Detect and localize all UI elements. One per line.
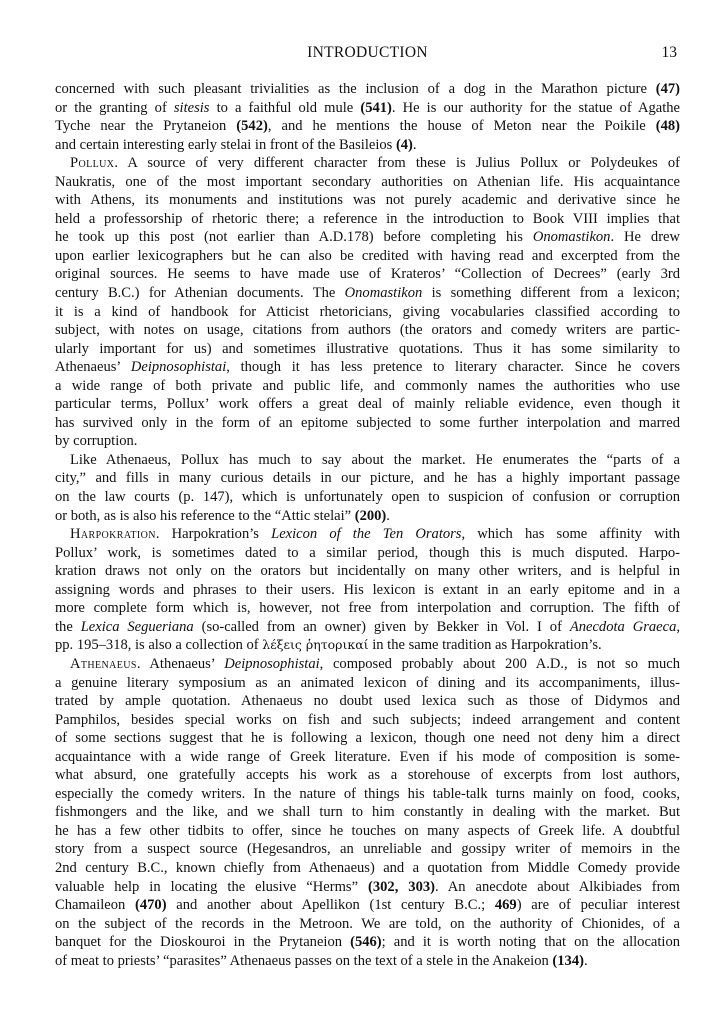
text-line: it is a kind of handbook for Atticist rh… <box>55 303 680 322</box>
catalogue-reference: (134) <box>552 953 584 969</box>
text-line: or the granting of sitesis to a faithful… <box>55 99 680 118</box>
text-line: held a professorship of rhetoric there; … <box>55 210 680 229</box>
catalogue-reference: (546) <box>350 934 382 950</box>
text-line: what absurd, one gratefully accepts his … <box>55 766 680 785</box>
italic-title: Anecdota Graeca <box>570 619 677 635</box>
text-line: 2nd century B.C., known chiefly from Ath… <box>55 859 680 878</box>
section-heading: Pollux <box>70 155 114 171</box>
running-head-title: INTRODUCTION <box>55 44 680 62</box>
text-line: city,” and fills in many curious details… <box>55 469 680 488</box>
text-line: assigning words and phrases to their use… <box>55 581 680 600</box>
italic-title: Onomastikon <box>345 285 423 301</box>
text-line: concerned with such pleasant trivialitie… <box>55 80 680 99</box>
text-line: trated by ample quotation. Athenaeus no … <box>55 692 680 711</box>
text-line: Pollux’ work, is sometimes dated to a si… <box>55 544 680 563</box>
text-line: ularly important for us) and sometimes i… <box>55 340 680 359</box>
text-line: a wide range of both private and public … <box>55 377 680 396</box>
catalogue-reference: (48) <box>656 118 680 134</box>
text-line: on the law courts (p. 147), which is unf… <box>55 488 680 507</box>
paragraph-harpokration: Harpokration. Harpokration’s Lexicon of … <box>55 525 680 655</box>
catalogue-reference: (541) <box>360 100 392 116</box>
text-line: Pamphilos, besides special works on fish… <box>55 711 680 730</box>
catalogue-reference: (542) <box>236 118 268 134</box>
text-line: has survived only in the form of an epit… <box>55 414 680 433</box>
text-line: of some sections suggest that he is foll… <box>55 729 680 748</box>
text-line: century B.C.) for Athenian documents. Th… <box>55 284 680 303</box>
text-line: Athenaeus’ Deipnosophistai, though it ha… <box>55 358 680 377</box>
text-line: a genuine literary symposium as an anima… <box>55 674 680 693</box>
page-number: 13 <box>662 44 678 62</box>
text-line: on the subject of the records in the Met… <box>55 915 680 934</box>
text-line: Athenaeus. Athenaeus’ Deipnosophistai, c… <box>55 655 680 674</box>
text-line: subject, with notes on usage, citations … <box>55 321 680 340</box>
text-line: Pollux. A source of very different chara… <box>55 154 680 173</box>
catalogue-reference: (470) <box>135 897 167 913</box>
catalogue-reference: (4) <box>396 137 413 153</box>
text-line: Tyche near the Prytaneion (542), and he … <box>55 117 680 136</box>
greek-phrase: λέξεις ῥητορικαί <box>262 637 368 652</box>
text-line: he has a few other tidbits to offer, sin… <box>55 822 680 841</box>
text-line: Harpokration. Harpokration’s Lexicon of … <box>55 525 680 544</box>
text-line: by corruption. <box>55 432 680 451</box>
text-line: he took up this post (not earlier than A… <box>55 228 680 247</box>
paragraph-pollux-market: Like Athenaeus, Pollux has much to say a… <box>55 451 680 525</box>
section-heading: Harpokration <box>70 526 156 542</box>
text-line: kration draws not only on the orators bu… <box>55 562 680 581</box>
catalogue-reference: (47) <box>656 81 680 97</box>
body-text: concerned with such pleasant trivialitie… <box>55 80 680 970</box>
italic-title: Deipnosophistai <box>224 656 319 672</box>
text-line: or both, as is also his reference to the… <box>55 507 680 526</box>
text-line: Like Athenaeus, Pollux has much to say a… <box>55 451 680 470</box>
catalogue-reference: (200) <box>355 508 387 524</box>
text-line: original sources. He seems to have made … <box>55 265 680 284</box>
text-line: particular terms, Pollux’ work offers a … <box>55 395 680 414</box>
text-line: more complete form which is, however, no… <box>55 599 680 618</box>
text-line: with Athens, its monuments and instituti… <box>55 191 680 210</box>
text-line: especially the comedy writers. In the na… <box>55 785 680 804</box>
italic-title: Onomastikon <box>533 229 611 245</box>
paragraph-continuation: concerned with such pleasant trivialitie… <box>55 80 680 154</box>
italic-title: Lexicon of the Ten Orators <box>271 526 461 542</box>
text-line: and certain interesting early stelai in … <box>55 136 680 155</box>
paragraph-pollux: Pollux. A source of very different chara… <box>55 154 680 451</box>
catalogue-reference: 469 <box>495 897 517 913</box>
section-heading: Athenaeus <box>70 656 137 672</box>
text-line: valuable help in locating the elusive “H… <box>55 878 680 897</box>
text-line: banquet for the Dioskouroi in the Prytan… <box>55 933 680 952</box>
text-line: acquaintance with a wide range of Greek … <box>55 748 680 767</box>
text-line: upon earlier lexicographers but he can a… <box>55 247 680 266</box>
text-line: fishmongers and the like, and we shall t… <box>55 803 680 822</box>
text-line: the Lexica Segueriana (so-called from an… <box>55 618 680 637</box>
italic-title: sitesis <box>174 100 210 116</box>
italic-title: Deipnosophistai <box>131 359 226 375</box>
text-line: Chamaileon (470) and another about Apell… <box>55 896 680 915</box>
text-line: of meat to priests’ “parasites” Athenaeu… <box>55 952 680 971</box>
running-head: INTRODUCTION 13 <box>55 44 680 66</box>
text-line: Naukratis, one of the most important sec… <box>55 173 680 192</box>
book-page: INTRODUCTION 13 concerned with such plea… <box>0 0 725 1024</box>
text-line: pp. 195–318, is also a collection of λέξ… <box>55 636 680 655</box>
text-line: story from a suspect source (Hegesandros… <box>55 840 680 859</box>
catalogue-reference: (302, 303) <box>368 879 435 895</box>
italic-title: Lexica Segueriana <box>81 619 194 635</box>
paragraph-athenaeus: Athenaeus. Athenaeus’ Deipnosophistai, c… <box>55 655 680 970</box>
